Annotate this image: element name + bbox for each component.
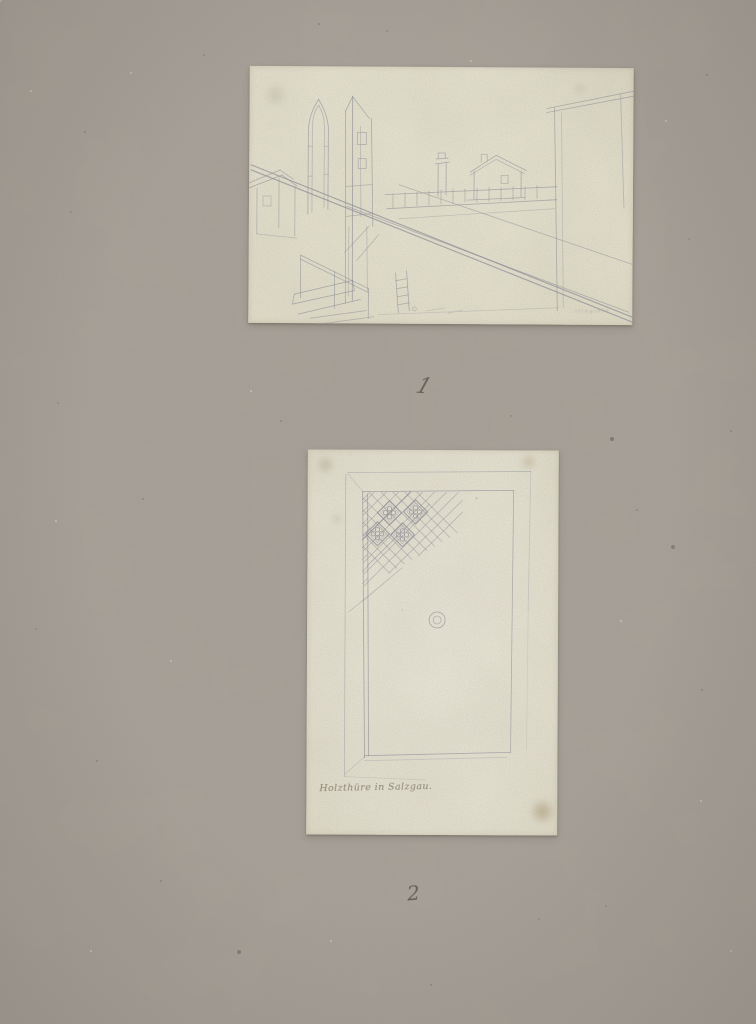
- sketch-2-caption: Holzthüre in Salzgau.: [319, 780, 459, 794]
- sketch-1-inscription: illegible: [575, 307, 631, 315]
- vignette: [0, 0, 756, 1024]
- stain: [314, 455, 338, 474]
- stain: [528, 798, 556, 824]
- stain: [330, 513, 345, 526]
- sketch-2-paper: Holzthüre in Salzgau.: [306, 449, 559, 835]
- stain: [570, 82, 590, 96]
- album-board: illegible 1: [0, 0, 756, 1024]
- stain: [518, 453, 540, 470]
- stain: [262, 84, 290, 106]
- figure-number-1: 1: [413, 376, 434, 398]
- board-speckles-dark: [0, 0, 2, 2]
- figure-number-2: 2: [406, 883, 420, 904]
- scan-grain-overlay: [0, 0, 756, 1024]
- sketch-2-drawing: [306, 449, 559, 835]
- sketch-1-drawing: [248, 66, 634, 325]
- board-speckles-light: [0, 0, 2, 2]
- sketch-1-paper: illegible: [248, 66, 634, 325]
